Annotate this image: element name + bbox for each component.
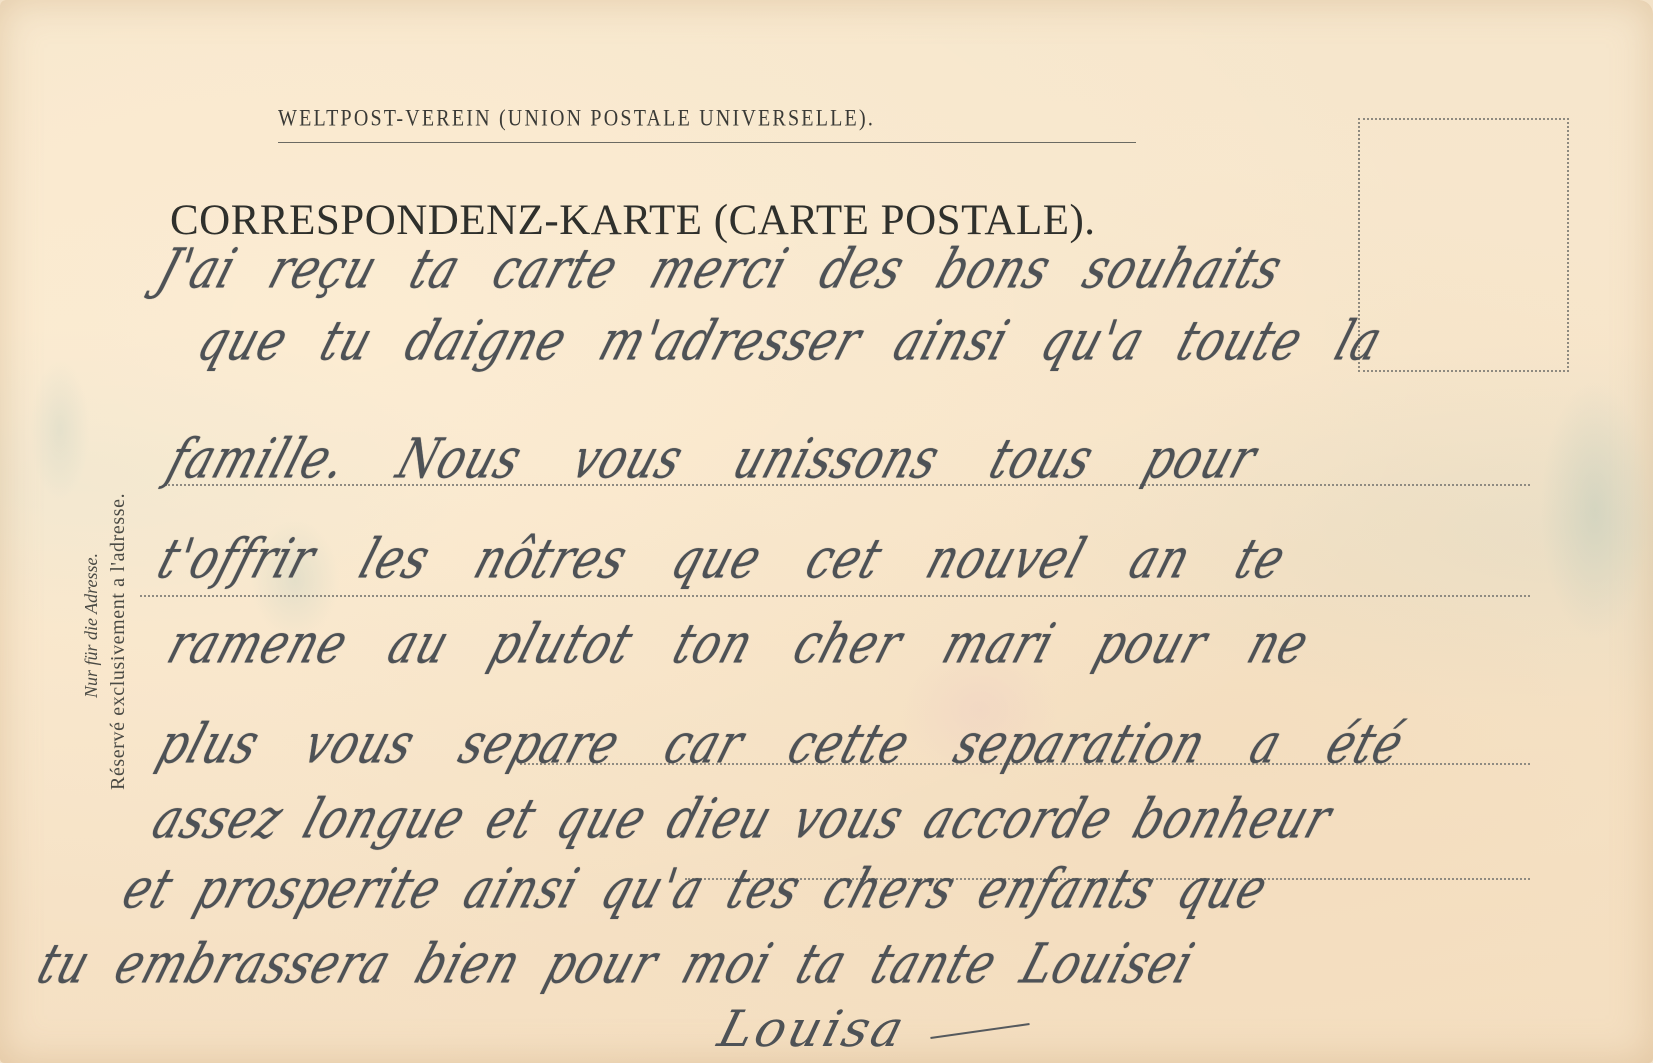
handwriting-line-2: que tu daigne m'adresser ainsi qu'a tout… <box>190 309 1390 373</box>
paper-stain <box>30 360 90 500</box>
postcard-back: WELTPOST-VEREIN (UNION POSTALE UNIVERSEL… <box>0 0 1653 1063</box>
handwriting-line-9: tu embrassera bien pour moi ta tante Lou… <box>30 932 1202 996</box>
signature: Louisa <box>712 1000 913 1058</box>
handwriting-line-7: assez longue et que dieu vous accorde bo… <box>145 787 1340 851</box>
handwriting-line-3: famille. Nous vous unissons tous pour <box>160 427 1265 491</box>
address-line-2 <box>140 595 1530 597</box>
paper-stain <box>1540 380 1650 640</box>
handwriting-line-6: plus vous separe car cette separation a … <box>150 712 1412 776</box>
side-note-french: Réservé exclusivement a l'adresse. <box>105 493 132 790</box>
signature-flourish <box>930 1023 1029 1039</box>
handwriting-line-5: ramene au plutot ton cher mari pour ne <box>160 612 1317 676</box>
address-side-note: Nur für die Adresse. Réservé exclusiveme… <box>78 493 132 790</box>
upu-header: WELTPOST-VEREIN (UNION POSTALE UNIVERSEL… <box>278 106 875 132</box>
side-note-german: Nur für die Adresse. <box>78 493 105 790</box>
handwriting-line-8: et prosperite ainsi qu'a tes chers enfan… <box>115 857 1276 921</box>
handwriting-line-4: t'offrir les nôtres que cet nouvel an te <box>150 527 1294 591</box>
header-rule <box>278 142 1136 143</box>
handwriting-line-1: J'ai reçu ta carte merci des bons souhai… <box>150 237 1290 301</box>
stamp-box <box>1358 118 1569 372</box>
